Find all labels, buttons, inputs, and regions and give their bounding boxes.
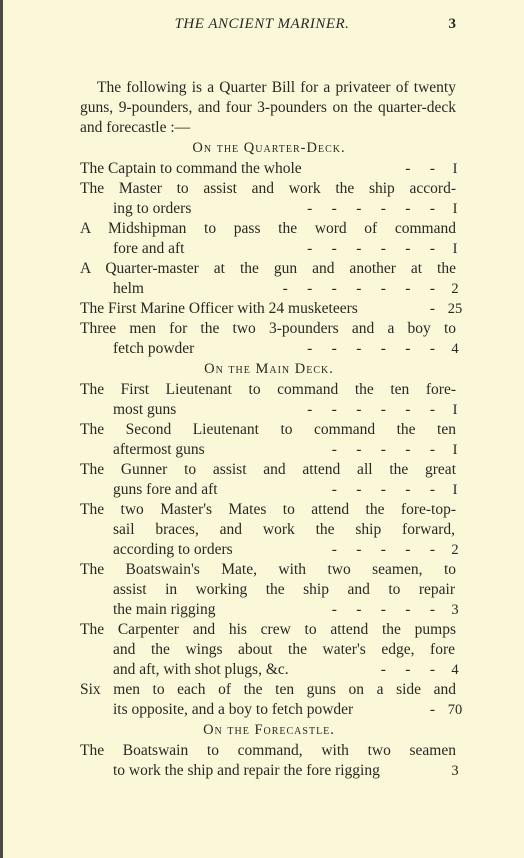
entry-text: Three men for the two 3-pounders and a b…	[80, 319, 456, 339]
entry-text: The Boatswain to command, with two seame…	[80, 741, 456, 761]
quantity: 2	[440, 279, 470, 299]
bill-entry: The Master to assist and work the ship a…	[0, 179, 524, 219]
entry-text: guns fore and aft	[113, 480, 218, 500]
entry-line: The Boatswain to command, with two seame…	[0, 741, 524, 761]
leader-dashes: - - - - -	[332, 540, 435, 560]
quarter-bill: On the Quarter-Deck.The Captain to comma…	[0, 138, 524, 781]
entry-line: The Master to assist and work the ship a…	[0, 179, 524, 199]
entry-text: The Boatswain's Mate, with two seamen, t…	[80, 560, 456, 580]
leader-dashes: - - - - - - -	[283, 279, 435, 299]
quantity: I	[440, 239, 470, 259]
entry-line: The First Lieutenant to command the ten …	[0, 380, 524, 400]
leader-dashes: - -	[405, 159, 435, 179]
quantity: I	[440, 199, 470, 219]
entry-text: assist in working the ship and to repair	[113, 580, 455, 600]
entry-text: and aft, with shot plugs, &c.	[113, 660, 289, 680]
entry-text: The Captain to command the whole	[80, 159, 302, 179]
entry-line: according to orders- - - - -2	[0, 540, 524, 560]
entry-line: guns fore and aft- - - - -I	[0, 480, 524, 500]
bill-entry: The First Marine Officer with 24 muskete…	[0, 299, 524, 319]
entry-text: and the wings about the water's edge, fo…	[113, 640, 455, 660]
entry-text: Six men to each of the ten guns on a sid…	[80, 680, 456, 700]
entry-text: according to orders	[113, 540, 233, 560]
entry-line: aftermost guns- - - - -I	[0, 440, 524, 460]
book-page: THE ANCIENT MARINER. 3 The following is …	[0, 0, 524, 858]
leader-dashes: -	[430, 700, 435, 720]
leader-dashes: - - - - -	[332, 440, 435, 460]
bill-entry: A Quarter-master at the gun and another …	[0, 259, 524, 299]
entry-line: its opposite, and a boy to fetch powder-…	[0, 700, 524, 720]
section-heading: On the Forecastle.	[0, 720, 524, 741]
entry-line: and aft, with shot plugs, &c.- - -4	[0, 660, 524, 680]
leader-dashes: - - -	[381, 660, 435, 680]
leader-dashes: - - - - - -	[307, 400, 435, 420]
entry-line: Six men to each of the ten guns on a sid…	[0, 680, 524, 700]
entry-line: The First Marine Officer with 24 muskete…	[0, 299, 524, 319]
entry-text: its opposite, and a boy to fetch powder	[113, 700, 353, 720]
bill-entry: Three men for the two 3-pounders and a b…	[0, 319, 524, 359]
leader-dashes: - - - - - -	[307, 199, 435, 219]
entry-line: A Quarter-master at the gun and another …	[0, 259, 524, 279]
entry-line: The Captain to command the whole- -I	[0, 159, 524, 179]
bill-entry: The Captain to command the whole- -I	[0, 159, 524, 179]
entry-text: The two Master's Mates to attend the for…	[80, 500, 456, 520]
bill-entry: The First Lieutenant to command the ten …	[0, 380, 524, 420]
entry-text: The Second Lieutenant to command the ten	[80, 420, 456, 440]
bill-entry: A Midshipman to pass the word of command…	[0, 219, 524, 259]
entry-text: The Carpenter and his crew to attend the…	[80, 620, 456, 640]
bill-entry: Six men to each of the ten guns on a sid…	[0, 680, 524, 720]
entry-line: The Gunner to assist and attend all the …	[0, 460, 524, 480]
quantity: I	[440, 159, 470, 179]
entry-text: most guns	[113, 400, 176, 420]
entry-line: Three men for the two 3-pounders and a b…	[0, 319, 524, 339]
quantity: 25	[440, 299, 470, 319]
leader-dashes: - - - - - -	[307, 339, 435, 359]
leader-dashes: -	[430, 299, 435, 319]
entry-text: The First Lieutenant to command the ten …	[80, 380, 456, 400]
entry-text: The Master to assist and work the ship a…	[80, 179, 456, 199]
leader-dashes: - - - - - -	[307, 239, 435, 259]
entry-line: and the wings about the water's edge, fo…	[0, 640, 524, 660]
entry-line: A Midshipman to pass the word of command	[0, 219, 524, 239]
quantity: 4	[440, 339, 470, 359]
entry-line: fore and aft- - - - - -I	[0, 239, 524, 259]
quantity: 2	[440, 540, 470, 560]
entry-text: A Quarter-master at the gun and another …	[80, 259, 456, 279]
intro-paragraph: The following is a Quarter Bill for a pr…	[80, 78, 456, 138]
entry-line: The Carpenter and his crew to attend the…	[0, 620, 524, 640]
page-number: 3	[449, 16, 457, 33]
entry-line: sail braces, and work the ship forward,	[0, 520, 524, 540]
quantity: I	[440, 440, 470, 460]
entry-line: ing to orders- - - - - -I	[0, 199, 524, 219]
entry-text: The Gunner to assist and attend all the …	[80, 460, 456, 480]
bill-entry: The two Master's Mates to attend the for…	[0, 500, 524, 560]
quantity: I	[440, 400, 470, 420]
bill-entry: The Gunner to assist and attend all the …	[0, 460, 524, 500]
entry-line: fetch powder- - - - - -4	[0, 339, 524, 359]
entry-text: the main rigging	[113, 600, 215, 620]
quantity: 4	[440, 660, 470, 680]
entry-text: fore and aft	[113, 239, 184, 259]
entry-text: helm	[113, 279, 144, 299]
entry-line: to work the ship and repair the fore rig…	[0, 761, 524, 781]
bill-entry: The Boatswain's Mate, with two seamen, t…	[0, 560, 524, 620]
quantity: 70	[440, 700, 470, 720]
bill-entry: The Boatswain to command, with two seame…	[0, 741, 524, 781]
entry-text: to work the ship and repair the fore rig…	[113, 761, 380, 781]
entry-line: helm- - - - - - -2	[0, 279, 524, 299]
quantity: 3	[440, 600, 470, 620]
leader-dashes: - - - - -	[332, 480, 435, 500]
entry-text: aftermost guns	[113, 440, 205, 460]
entry-text: The First Marine Officer with 24 muskete…	[80, 299, 358, 319]
entry-text: fetch powder	[113, 339, 194, 359]
entry-text: A Midshipman to pass the word of command	[80, 219, 456, 239]
running-head: THE ANCIENT MARINER. 3	[0, 16, 524, 36]
bill-entry: The Second Lieutenant to command the ten…	[0, 420, 524, 460]
section-heading: On the Quarter-Deck.	[0, 138, 524, 159]
quantity: 3	[440, 761, 470, 781]
entry-line: The Second Lieutenant to command the ten	[0, 420, 524, 440]
section-heading: On the Main Deck.	[0, 359, 524, 380]
leader-dashes: - - - - -	[332, 600, 435, 620]
entry-line: The Boatswain's Mate, with two seamen, t…	[0, 560, 524, 580]
running-title: THE ANCIENT MARINER.	[0, 16, 524, 33]
entry-text: sail braces, and work the ship forward,	[113, 520, 455, 540]
quantity: I	[440, 480, 470, 500]
entry-text: ing to orders	[113, 199, 191, 219]
entry-line: the main rigging- - - - -3	[0, 600, 524, 620]
entry-line: assist in working the ship and to repair	[0, 580, 524, 600]
entry-line: most guns- - - - - -I	[0, 400, 524, 420]
bill-entry: The Carpenter and his crew to attend the…	[0, 620, 524, 680]
entry-line: The two Master's Mates to attend the for…	[0, 500, 524, 520]
